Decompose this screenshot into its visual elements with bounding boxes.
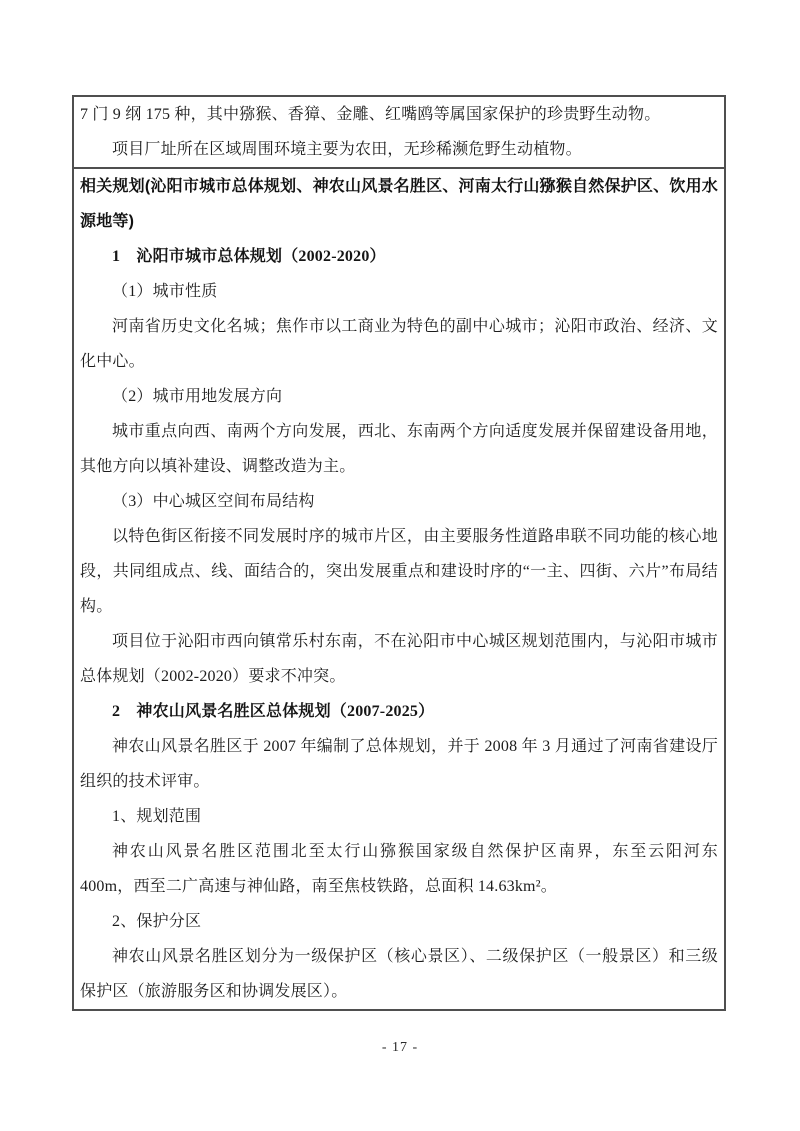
- land-development-paragraph: 城市重点向西、南两个方向发展，西北、东南两个方向适度发展并保留建设备用地，其他方…: [80, 414, 718, 484]
- shennong-plan-paragraph: 神农山风景名胜区于 2007 年编制了总体规划，并于 2008 年 3 月通过了…: [80, 729, 718, 799]
- table-cell-related-planning: 相关规划(沁阳市城市总体规划、神农山风景名胜区、河南太行山猕猴自然保护区、饮用水…: [74, 169, 724, 1009]
- table-cell-fauna: 7 门 9 纲 175 种，其中猕猴、香獐、金雕、红嘴鸥等属国家保护的珍贵野生动…: [74, 97, 724, 169]
- subsection-1-2-title: （2）城市用地发展方向: [80, 379, 718, 414]
- report-table: 7 门 9 纲 175 种，其中猕猴、香獐、金雕、红嘴鸥等属国家保护的珍贵野生动…: [72, 95, 726, 1011]
- subsection-1-3-title: （3）中心城区空间布局结构: [80, 484, 718, 519]
- related-planning-header: 相关规划(沁阳市城市总体规划、神农山风景名胜区、河南太行山猕猴自然保护区、饮用水…: [80, 169, 718, 239]
- spatial-layout-paragraph: 以特色街区衔接不同发展时序的城市片区，由主要服务性道路串联不同功能的核心地段，共…: [80, 519, 718, 624]
- section-2-heading: 2 神农山风景名胜区总体规划（2007-2025）: [80, 694, 718, 729]
- city-nature-paragraph: 河南省历史文化名城；焦作市以工商业为特色的副中心城市；沁阳市政治、经济、文化中心…: [80, 309, 718, 379]
- page-number: - 17 -: [0, 1040, 800, 1056]
- protection-zoning-paragraph: 神农山风景名胜区划分为一级保护区（核心景区）、二级保护区（一般景区）和三级保护区…: [80, 939, 718, 1009]
- fauna-species-paragraph: 7 门 9 纲 175 种，其中猕猴、香獐、金雕、红嘴鸥等属国家保护的珍贵野生动…: [80, 97, 718, 132]
- protection-zoning-title: 2、保护分区: [80, 904, 718, 939]
- site-environment-paragraph: 项目厂址所在区域周围环境主要为农田，无珍稀濒危野生动植物。: [80, 132, 718, 167]
- project-location-paragraph: 项目位于沁阳市西向镇常乐村东南，不在沁阳市中心城区规划范围内，与沁阳市城市总体规…: [80, 624, 718, 694]
- section-1-heading: 1 沁阳市城市总体规划（2002-2020）: [80, 239, 718, 274]
- document-page: 7 门 9 纲 175 种，其中猕猴、香獐、金雕、红嘴鸥等属国家保护的珍贵野生动…: [0, 0, 800, 1131]
- planning-scope-title: 1、规划范围: [80, 799, 718, 834]
- subsection-1-1-title: （1）城市性质: [80, 274, 718, 309]
- planning-scope-paragraph: 神农山风景名胜区范围北至太行山猕猴国家级自然保护区南界，东至云阳河东 400m，…: [80, 834, 718, 904]
